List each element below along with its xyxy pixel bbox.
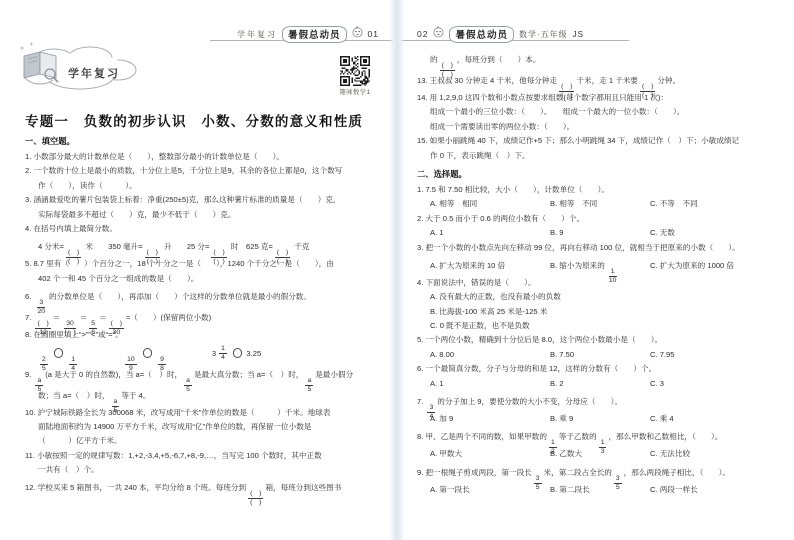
question-line: 组成一个需要读出零的两位小数：（ ）。 (417, 120, 768, 134)
choice-option: C. 3 (650, 377, 664, 391)
choice-option: B. 乘 9 (550, 412, 650, 426)
question-line: 3. 把一个小数的小数点先向左移动 99 位，再向右移动 100 位，就相当于把… (417, 241, 768, 255)
choice-option: B. 9 (550, 226, 650, 240)
comparison-circle (54, 348, 64, 358)
question-line: 9. 把一根绳子剪成两段，第一段长35米，第二段占全长的35，那么两段绳子相比，… (417, 462, 768, 483)
question-line: 9. a5(a 是大于 0 的自然数)，当 a=（ ）时，a5是最大真分数；当 … (25, 364, 387, 385)
choice-option: C. 无法比较 (650, 447, 690, 461)
choice-option: C. 7.95 (650, 348, 674, 362)
choice-options-row: A. 1B. 9C. 无数 (417, 226, 768, 240)
choice-option: C. 无数 (650, 226, 675, 240)
choice-option: A. 1 (430, 226, 550, 240)
page-number: 02 (417, 29, 428, 39)
choice-option: A. 8.00 (430, 348, 550, 362)
mascot-icon (433, 25, 444, 43)
question-line: 2. 大于 0.5 而小于 0.6 的两位小数有（ ）个。 (417, 212, 768, 226)
question-line: 一共有（ ）个。 (25, 463, 387, 477)
question-line: 8. 甲、乙是两个不同的数，如果甲数的12等于乙数的13，那么甲数和乙数相比，（… (417, 426, 768, 447)
question-line: B. 比海拔-100 米高 25 米是-125 米 (417, 305, 768, 319)
workbook-spread: 学年复习 暑假总动员 01 (0, 0, 794, 540)
review-badge: 学年复习 (10, 40, 148, 102)
question-line: 实际每袋最多不超过（ ）克，最少不低于（ ）克。 (25, 208, 387, 222)
choice-option: B. 7.50 (550, 348, 650, 362)
question-line: 7. 34的分子加上 9，要使分数的大小不变，分母应（ ）。 (417, 391, 768, 412)
fraction: 14 (219, 345, 227, 362)
choice-option: B. 2 (550, 377, 650, 391)
question-line: 11. 小敏按照一定的规律写数：1,+2,-3,4,+5,-6,7,+8,-9,… (25, 449, 387, 463)
choice-option: A. 加 9 (430, 412, 550, 426)
choice-option: B. 缩小为原来的110 (550, 255, 650, 276)
question-line: 13. 王叔叔 30 分钟走 4 千米，他每分钟走( )( )千米，走 1 千米… (417, 70, 768, 91)
right-page-header: 02 暑假总动员 数学·五年级 JS (417, 25, 584, 43)
question-line: 7. ( )12＝30( )＝56＝( )30≈（ ）(保留两位小数) (25, 307, 387, 328)
choice-option: A. 第一段长 (430, 483, 550, 497)
question-line: （ ）亿平方千米。 (25, 434, 387, 448)
question-line: 5. 一个两位小数，精确到十分位后是 8.0，这个两位小数最小是（ ）。 (417, 333, 768, 347)
choice-options-row: A. 相等 相同B. 相等 不同C. 不等 不同 (417, 197, 768, 211)
question-line: 8. 在圆圈里填上“>”“<”或“=”。 (25, 328, 387, 342)
qr-code (340, 56, 370, 86)
fraction: ( )( ) (248, 490, 263, 507)
header-edition: JS (573, 30, 584, 39)
choice-option: B. 第二段长 (550, 483, 650, 497)
question-line: 作（ ），读作（ ）。 (25, 179, 387, 193)
comparison-circle (143, 348, 153, 358)
question-line: 15. 如果小丽跳绳 40 下，成绩记作+5 下；那么小明跳绳 34 下，成绩记… (417, 134, 768, 148)
choice-option: C. 不等 不同 (650, 197, 698, 211)
choice-option: C. 扩大为原来的 1000 倍 (650, 255, 734, 276)
page-title: 专题一 负数的初步认识 小数、分数的意义和性质 (25, 110, 389, 130)
choice-option: C. 两段一样长 (650, 483, 698, 497)
question-line: 5. 8.7 里有（ ）个百分之一，18 个十分之一是（ ），1240 个千分之… (25, 257, 387, 271)
right-page: 02 暑假总动员 数学·五年级 JS 的( )( )，每班分到（ ）本。13. … (397, 0, 794, 540)
question-line: 数；当 a=（ ）时，a5等于 4。 (25, 385, 387, 406)
choice-option: B. 相等 不同 (550, 197, 650, 211)
fraction: 110 (607, 268, 619, 285)
question-line: 10. 沪宁城际铁路全长为 300068 米，改写成用“千米”作单位的数是（ ）… (25, 406, 387, 420)
choice-option: A. 扩大为原来的 10 倍 (430, 255, 550, 276)
question-line: 作 0 下，表示跳绳（ ）下。 (417, 149, 768, 163)
mascot-icon (352, 25, 363, 43)
question-line: 4 分米=( )( ) 米 350 毫升=( )( ) 升 25 分=( )( … (25, 236, 387, 257)
question-line: 402 个一和 45 个百分之一组成的数是（ ）。 (25, 272, 387, 286)
question-line: 4. 下面说法中，错误的是（ ）。 (417, 276, 768, 290)
choice-options-row: A. 扩大为原来的 10 倍B. 缩小为原来的110C. 扩大为原来的 1000… (417, 255, 768, 276)
question-line: A. 没有最大的正数，也没有最小的负数 (417, 290, 768, 304)
fraction: a5 (305, 377, 313, 394)
question-line: 4. 在括号内填上最简分数。 (25, 222, 387, 236)
sparkle-icon (20, 43, 33, 51)
page-gutter (389, 0, 405, 540)
choice-option: A. 相等 相同 (430, 197, 550, 211)
question-line: C. 0 既不是正数，也不是负数 (417, 319, 768, 333)
question-line: 2. 一个数的十位上是最小的质数，十分位上是5，千分位上是9，其余的各位上都是0… (25, 164, 387, 178)
choice-options-row: A. 甲数大B. 乙数大C. 无法比较 (417, 447, 768, 461)
left-page-header: 学年复习 暑假总动员 01 (237, 25, 379, 43)
choice-option: A. 甲数大 (430, 447, 550, 461)
badge-label: 学年复习 (68, 65, 120, 81)
choice-option: B. 乙数大 (550, 447, 650, 461)
question-line: 14. 用 1,2,9,0 这四个数和小数点按要求组数(每个数字都用且只能用 1… (417, 91, 768, 105)
qr-caption: 趣味数学1 (339, 87, 371, 96)
section-heading: 一、填空题。 (25, 133, 387, 150)
question-line: 组成一个最小的三位小数：（ ）。 组成一个最大的一位小数：（ ）。 (417, 105, 768, 119)
question-line: 的( )( )，每班分到（ ）本。 (417, 49, 768, 70)
question-line: 12. 学校买来 5 箱图书，一共 240 本，平均分给 8 个班。每班分到( … (25, 477, 387, 498)
header-subject: 数学·五年级 (519, 29, 568, 40)
qr-block: 趣味数学1 (339, 56, 371, 96)
question-line: 2514109983143.25 (25, 343, 387, 364)
section-heading: 二、选择题。 (417, 166, 768, 183)
question-line: 面陆地面积约为 14900 万平方千米，改写成用“亿”作单位的数，再保留一位小数… (25, 420, 387, 434)
choice-options-row: A. 8.00B. 7.50C. 7.95 (417, 348, 768, 362)
choice-questions: 的( )( )，每班分到（ ）本。13. 王叔叔 30 分钟走 4 千米，他每分… (417, 49, 768, 497)
choice-option: C. 乘 4 (650, 412, 674, 426)
choice-option: A. 1 (430, 377, 550, 391)
question-line: 6. 一个最简真分数，分子与分母的和是 12，这样的分数有（ ）个。 (417, 362, 768, 376)
question-line: 1. 小数部分最大的计数单位是（ ），整数部分最小的计数单位是（ ）。 (25, 150, 387, 164)
page-number: 01 (368, 29, 379, 39)
question-line: 3. 涵涵最爱吃的薯片包装袋上标着：净重(250±5)克，那么这种薯片标准的质量… (25, 193, 387, 207)
fill-in-questions: 一、填空题。1. 小数部分最大的计数单位是（ ），整数部分最小的计数单位是（ ）… (25, 130, 387, 498)
question-line: 6. 320的分数单位是（ ），再添加（ ）个这样的分数单位就是最小的假分数。 (25, 286, 387, 307)
question-line: 1. 7.5 和 7.50 相比较，大小（ ），计数单位（ ）。 (417, 183, 768, 197)
comparison-circle (233, 348, 243, 358)
header-brand: 暑假总动员 (449, 26, 514, 43)
left-page: 学年复习 暑假总动员 01 (0, 0, 397, 540)
mixed-number: 314 (212, 343, 229, 364)
header-tab-label: 学年复习 (237, 29, 277, 40)
choice-options-row: A. 第一段长B. 第二段长C. 两段一样长 (417, 483, 768, 497)
choice-options-row: A. 加 9B. 乘 9C. 乘 4 (417, 412, 768, 426)
choice-options-row: A. 1B. 2C. 3 (417, 377, 768, 391)
header-brand: 暑假总动员 (282, 26, 347, 43)
fraction: a5 (184, 377, 192, 394)
